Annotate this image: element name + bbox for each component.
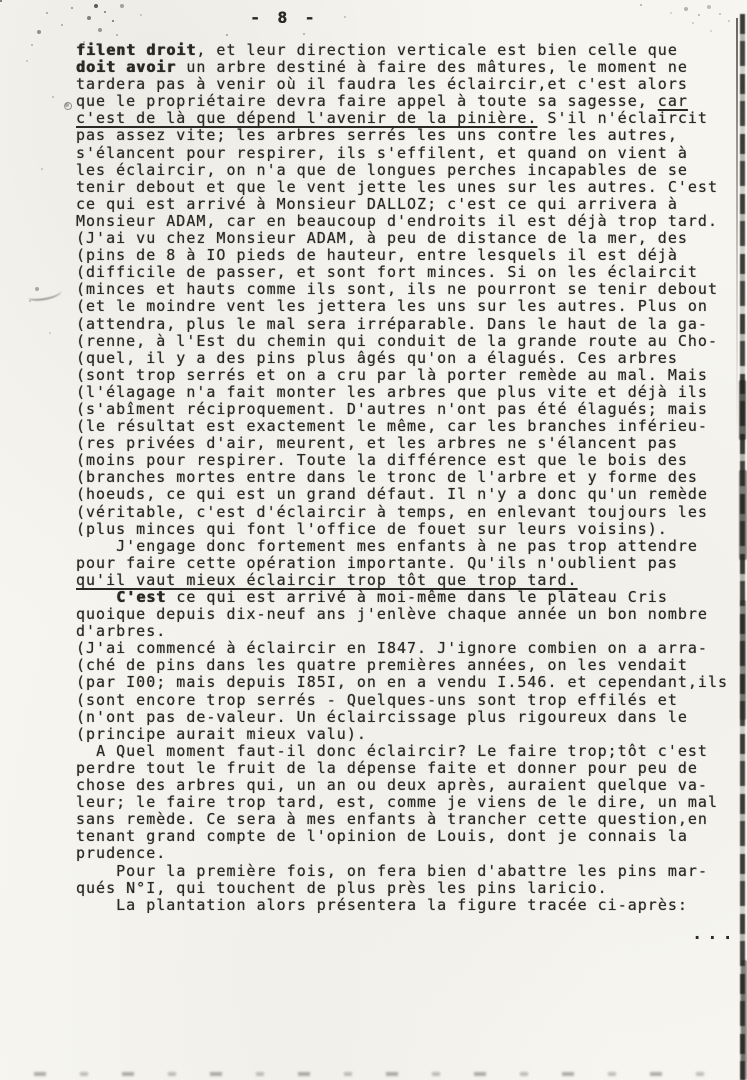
text-line: filent droit, et leur direction vertical… — [76, 42, 746, 59]
text-line: pas assez vite; les arbres serrés les un… — [76, 127, 746, 144]
text-line: A Quel moment faut-il donc éclaircir? Le… — [76, 743, 746, 760]
text-segment: (plus minces qui font l'office de fouet … — [76, 520, 668, 538]
overstruck-text: doit avoir — [76, 58, 176, 76]
page-number: - 8 - — [250, 8, 318, 27]
text-segment: prudence. — [76, 844, 166, 862]
text-line: doit avoir un arbre destiné à faire des … — [76, 59, 746, 76]
text-segment: (J'ai commencé à éclaircir en I847. J'ig… — [76, 639, 708, 657]
text-segment: (n'ont pas de-valeur. Un éclaircissage p… — [76, 708, 688, 726]
text-segment: (pins de 8 à IO pieds de hauteur, entre … — [76, 246, 678, 264]
text-line: (n'ont pas de-valeur. Un éclaircissage p… — [76, 709, 746, 726]
text-segment: (principe aurait mieux valu). — [76, 725, 367, 743]
text-segment: (branches mortes entre dans le tronc de … — [76, 468, 698, 486]
binding-blotch — [739, 470, 747, 560]
text-line: (renne, à l'Est du chemin qui conduit de… — [76, 333, 746, 350]
ink-speckles-top-left — [0, 0, 2, 2]
text-line: C'est ce qui est arrivé à moi-même dans … — [76, 589, 746, 606]
text-line: s'élancent pour respirer, ils s'effilent… — [76, 145, 746, 162]
text-segment: les éclaircir, on n'a que de longues per… — [76, 161, 688, 179]
text-segment: un arbre destiné à faire des mâtures, le… — [176, 58, 688, 76]
text-segment: (et le moindre vent les jettera les uns … — [76, 297, 708, 315]
text-line: (quel, il y a des pins plus âgés qu'on a… — [76, 350, 746, 367]
overstruck-text: filent droit — [76, 41, 196, 59]
text-line: (branches mortes entre dans le tronc de … — [76, 469, 746, 486]
text-segment: (hoeuds, ce qui est un grand défaut. Il … — [76, 485, 708, 503]
text-segment: (difficile de passer, et sont fort mince… — [76, 263, 698, 281]
text-segment: (renne, à l'Est du chemin qui conduit de… — [76, 332, 718, 350]
text-line: pour faire cette opération importante. Q… — [76, 555, 746, 572]
text-line: (hoeuds, ce qui est un grand défaut. Il … — [76, 486, 746, 503]
text-line: (moins pour respirer. Toute la différenc… — [76, 452, 746, 469]
text-line: qués N°I, qui touchent de plus près les … — [76, 880, 746, 897]
text-line: (plus minces qui font l'office de fouet … — [76, 521, 746, 538]
text-line: Pour la première fois, on fera bien d'ab… — [76, 863, 746, 880]
text-segment: (res privées d'air, meurent, et les arbr… — [76, 434, 678, 452]
document-body: filent droit, et leur direction vertical… — [76, 42, 746, 914]
text-line: sans remède. Ce sera à mes enfants à tra… — [76, 811, 746, 828]
text-line: (pins de 8 à IO pieds de hauteur, entre … — [76, 247, 746, 264]
text-segment: (s'abîment réciproquement. D'autres n'on… — [76, 400, 708, 418]
text-segment: sans remède. Ce sera à mes enfants à tra… — [76, 810, 708, 828]
text-line: (véritable, c'est d'éclaircir à temps, e… — [76, 504, 746, 521]
text-line: que le propriétaire devra faire appel à … — [76, 93, 746, 110]
text-line: les éclaircir, on n'a que de longues per… — [76, 162, 746, 179]
text-line: J'engage donc fortement mes enfants à ne… — [76, 538, 746, 555]
text-segment: perdre tout le fruit de la dépense faite… — [76, 759, 698, 777]
text-line: (sont encore trop serrés - Quelques-uns … — [76, 692, 746, 709]
text-line: Monsieur ADAM, car en beaucoup d'endroit… — [76, 213, 746, 230]
binding-edge-line-secondary — [736, 18, 738, 438]
text-segment: (l'élagage n'a fait monter les arbres qu… — [76, 383, 708, 401]
continuation-dots: ... — [692, 924, 738, 944]
text-line: tardera pas à venir où il faudra les écl… — [76, 76, 746, 93]
text-line: (l'élagage n'a fait monter les arbres qu… — [76, 384, 746, 401]
text-segment: Monsieur ADAM, car en beaucoup d'endroit… — [76, 212, 718, 230]
text-segment: Pour la première fois, on fera bien d'ab… — [116, 862, 708, 880]
overstruck-text: C'est — [116, 588, 166, 606]
text-line: (res privées d'air, meurent, et les arbr… — [76, 435, 746, 452]
text-segment: ce qui est arrivé à Monsieur DALLOZ; c'e… — [76, 195, 678, 213]
text-line: tenir debout et que le vent jette les un… — [76, 179, 746, 196]
text-segment: , et leur direction verticale est bien c… — [196, 41, 677, 59]
text-line: (minces et hauts comme ils sont, ils ne … — [76, 281, 746, 298]
next-page-ghost-text — [34, 1072, 733, 1076]
text-segment: J'engage donc fortement mes enfants à ne… — [116, 537, 698, 555]
text-segment: (sont encore trop serrés - Quelques-uns … — [76, 691, 678, 709]
text-line: (s'abîment réciproquement. D'autres n'on… — [76, 401, 746, 418]
text-segment: (sont trop serrés et on a cru par là por… — [76, 366, 708, 384]
text-line: prudence. — [76, 845, 746, 862]
scanned-page: - 8 - filent droit, et leur direction ve… — [0, 0, 747, 1080]
text-line: qu'il vaut mieux éclaircir trop tôt que … — [76, 572, 746, 589]
text-segment: (par I00; mais depuis I85I, on en a vend… — [76, 673, 728, 691]
text-segment: leur; le faire trop tard, est, comme je … — [76, 793, 718, 811]
text-line: La plantation alors présentera la figure… — [76, 897, 746, 914]
text-segment: quoique depuis dix-neuf ans j'enlève cha… — [76, 605, 708, 623]
text-segment: ce qui est arrivé à moi-même dans le pla… — [166, 588, 668, 606]
text-segment: tenir debout et que le vent jette les un… — [76, 178, 718, 196]
text-segment: (le résultat est exactement le même, car… — [76, 417, 708, 435]
text-line: ce qui est arrivé à Monsieur DALLOZ; c'e… — [76, 196, 746, 213]
text-segment: (quel, il y a des pins plus âgés qu'on a… — [76, 349, 678, 367]
text-line: (ché de pins dans les quatre premières a… — [76, 657, 746, 674]
text-line: (et le moindre vent les jettera les uns … — [76, 298, 746, 315]
text-segment: chose des arbres qui, un an ou deux aprè… — [76, 776, 708, 794]
binding-blotch — [741, 960, 747, 1080]
text-segment: (minces et hauts comme ils sont, ils ne … — [76, 280, 718, 298]
text-segment: La plantation alors présentera la figure… — [116, 896, 688, 914]
text-line: c'est de là que dépend l'avenir de la pi… — [76, 110, 746, 127]
underlined-text: car — [658, 92, 688, 110]
text-segment: (J'ai vu chez Monsieur ADAM, à peu de di… — [76, 229, 688, 247]
text-line: leur; le faire trop tard, est, comme je … — [76, 794, 746, 811]
text-segment: (moins pour respirer. Toute la différenc… — [76, 451, 688, 469]
text-line: (le résultat est exactement le même, car… — [76, 418, 746, 435]
text-line: perdre tout le fruit de la dépense faite… — [76, 760, 746, 777]
text-segment: tenant grand compte de l'opinion de Loui… — [76, 827, 688, 845]
ink-speckles-top-right — [640, 4, 642, 6]
underlined-text: c'est de là que dépend l'avenir de la pi… — [76, 109, 537, 127]
stray-mark — [63, 101, 72, 110]
text-segment: d'arbres. — [76, 622, 166, 640]
text-line: quoique depuis dix-neuf ans j'enlève cha… — [76, 606, 746, 623]
text-line: (J'ai commencé à éclaircir en I847. J'ig… — [76, 640, 746, 657]
text-segment: (ché de pins dans les quatre premières a… — [76, 656, 688, 674]
text-segment: (véritable, c'est d'éclaircir à temps, e… — [76, 503, 708, 521]
text-line: (par I00; mais depuis I85I, on en a vend… — [76, 674, 746, 691]
text-segment: S'il n'éclaircit — [537, 109, 708, 127]
text-segment: s'élancent pour respirer, ils s'effilent… — [76, 144, 688, 162]
text-segment: (attendra, plus le mal sera irréparable.… — [76, 315, 708, 333]
binding-blotch — [739, 380, 746, 440]
text-line: (sont trop serrés et on a cru par là por… — [76, 367, 746, 384]
text-line: (principe aurait mieux valu). — [76, 726, 746, 743]
text-line: (attendra, plus le mal sera irréparable.… — [76, 316, 746, 333]
text-line: (J'ai vu chez Monsieur ADAM, à peu de di… — [76, 230, 746, 247]
text-line: (difficile de passer, et sont fort mince… — [76, 264, 746, 281]
text-segment: tardera pas à venir où il faudra les écl… — [76, 75, 688, 93]
binding-blotch — [740, 600, 746, 720]
text-segment: pas assez vite; les arbres serrés les un… — [76, 126, 678, 144]
text-line: chose des arbres qui, un an ou deux aprè… — [76, 777, 746, 794]
text-segment: que le propriétaire devra faire appel à … — [76, 92, 658, 110]
text-line: tenant grand compte de l'opinion de Loui… — [76, 828, 746, 845]
text-segment: pour faire cette opération importante. Q… — [76, 554, 678, 572]
text-segment: A Quel moment faut-il donc éclaircir? Le… — [96, 742, 708, 760]
text-line: d'arbres. — [76, 623, 746, 640]
margin-squiggle-mark — [27, 286, 62, 303]
text-segment: qués N°I, qui touchent de plus près les … — [76, 879, 608, 897]
underlined-text: qu'il vaut mieux éclaircir trop tôt que … — [76, 571, 578, 589]
